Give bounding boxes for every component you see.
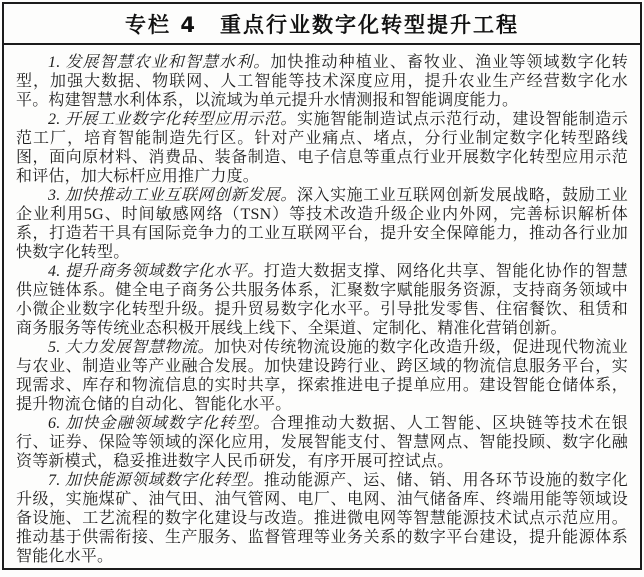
column-paragraph: 7. 加快能源领域数字化转型。推动能源产、运、储、销、用各环节设施的数字化升级，… (16, 471, 628, 566)
paragraph-lead: 1. 发展智慧农业和智慧水利。 (48, 54, 270, 71)
column-paragraph: 6. 加快金融领域数字化转型。合理推动大数据、人工智能、区块链等技术在银行、证券… (16, 414, 628, 471)
paragraph-lead: 7. 加快能源领域数字化转型。 (48, 472, 264, 489)
paragraph-lead: 3. 加快推动工业互联网创新发展。 (48, 187, 297, 204)
column-content: 1. 发展智慧农业和智慧水利。加快推动种植业、畜牧业、渔业等领域数字化转型，加强… (4, 45, 640, 568)
column-title-bar: 专栏 4 重点行业数字化转型提升工程 (4, 4, 640, 45)
column-paragraph: 1. 发展智慧农业和智慧水利。加快推动种植业、畜牧业、渔业等领域数字化转型，加强… (16, 53, 628, 110)
paragraph-lead: 4. 提升商务领域数字化水平。 (48, 263, 264, 280)
column-box: 专栏 4 重点行业数字化转型提升工程 1. 发展智慧农业和智慧水利。加快推动种植… (2, 2, 642, 570)
paragraph-lead: 6. 加快金融领域数字化转型。 (48, 415, 270, 432)
column-paragraph: 3. 加快推动工业互联网创新发展。深入实施工业互联网创新发展战略，鼓励工业企业利… (16, 186, 628, 262)
paragraph-lead: 5. 大力发展智慧物流。 (48, 339, 214, 356)
column-paragraph: 5. 大力发展智慧物流。加快对传统物流设施的数字化改造升级，促进现代物流业与农业… (16, 338, 628, 414)
column-paragraph: 4. 提升商务领域数字化水平。打造大数据支撑、网络化共享、智能化协作的智慧供应链… (16, 262, 628, 338)
paragraph-lead: 2. 开展工业数字化转型应用示范。 (48, 111, 297, 128)
column-paragraph: 2. 开展工业数字化转型应用示范。实施智能制造试点示范行动，建设智能制造示范工厂… (16, 110, 628, 186)
column-title: 专栏 4 重点行业数字化转型提升工程 (125, 9, 519, 39)
